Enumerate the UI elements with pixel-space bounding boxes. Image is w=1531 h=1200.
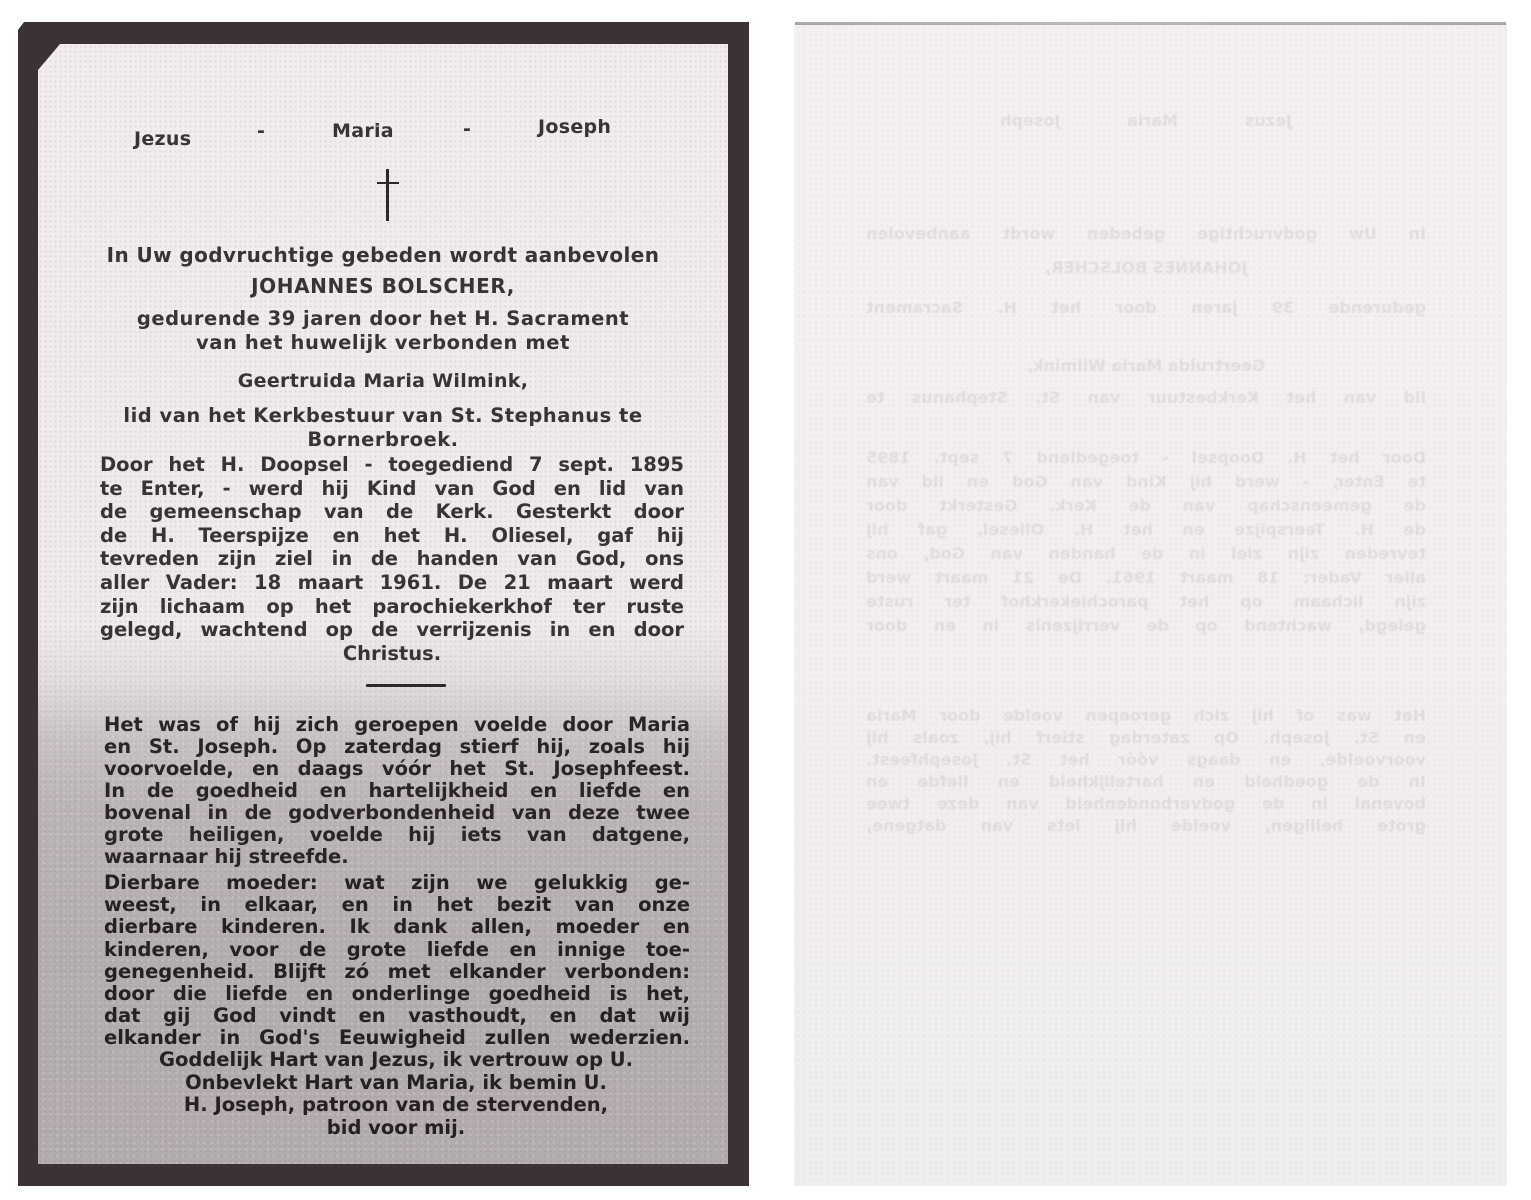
- biography-line: de H. Teerspijze en het H. Oliesel, gaf …: [100, 524, 684, 548]
- card-content: Jezus - Maria - Joseph In Uw godvruchtig…: [38, 44, 728, 1164]
- prayer-line: bid voor mij.: [98, 1117, 694, 1140]
- prayer-line: Onbevlekt Hart van Maria, ik bemin U.: [98, 1072, 694, 1095]
- marriage-line: gedurende 39 jaren door het H. Sacrament: [38, 307, 728, 330]
- role-line: Bornerbroek.: [38, 428, 728, 451]
- biography-line: gelegd, wachtend op de verrijzenis in en…: [100, 618, 684, 642]
- header-name-joseph: Joseph: [538, 116, 611, 138]
- cross-icon: [377, 169, 399, 221]
- ghost-line: bovenal in de godverbondenheid van deze …: [866, 793, 1426, 814]
- ghost-line: zijn lichaam op het parochiekerkhof ter …: [866, 591, 1426, 612]
- biography-paragraph: Door het H. Doopsel - toegediend 7 sept.…: [100, 453, 684, 665]
- reflection-line: en St. Joseph. Op zaterdag stierf hij, z…: [104, 736, 690, 758]
- biography-line: aller Vader: 18 maart 1961. De 21 maart …: [100, 571, 684, 595]
- ghost-line: Het was of hij zich geroepen voelde door…: [866, 705, 1426, 726]
- ghost-line: In de goedheid en hartelijkheid en liefd…: [866, 771, 1426, 792]
- ghost-line: gelegd, wachtend op de verrijzenis in en…: [866, 615, 1426, 636]
- ghost-line: lid van het Kerkbestuur van St. Stephanu…: [866, 387, 1426, 408]
- letter-line: dat gij God vindt en vasthoudt, en dat w…: [104, 1005, 690, 1027]
- ghost-line: Jezus Maria Joseph: [866, 110, 1426, 131]
- spouse-name: Geertruida Maria Wilmink,: [38, 370, 728, 392]
- letter-line: door die liefde en onderlinge goedheid i…: [104, 983, 690, 1005]
- letter-line: genegenheid. Blijft zó met elkander verb…: [104, 961, 690, 983]
- letter-line: elkander in God's Eeuwigheid zullen wede…: [104, 1027, 690, 1049]
- show-through-text: Jezus Maria Joseph In Uw godvruchtige ge…: [795, 25, 1506, 1185]
- reflection-line: voorvoelde, en daags vóór het St. Joseph…: [104, 758, 690, 780]
- ghost-line: JOHANNES BOLSCHER,: [866, 257, 1426, 278]
- reflection-line: In de goedheid en hartelijkheid en liefd…: [104, 780, 690, 802]
- memorial-card-back: Jezus Maria Joseph In Uw godvruchtige ge…: [795, 25, 1506, 1185]
- letter-line: Dierbare moeder: wat zijn we gelukkig ge…: [104, 872, 690, 894]
- letter-line: dierbare kinderen. Ik dank allen, moeder…: [104, 916, 690, 938]
- ghost-line: te Enter, - werd hij Kind van God en lid…: [866, 471, 1426, 492]
- reflection-line: bovenal in de godverbondenheid van deze …: [104, 802, 690, 824]
- biography-line: Door het H. Doopsel - toegediend 7 sept.…: [100, 453, 684, 477]
- marriage-line: van het huwelijk verbonden met: [38, 331, 728, 354]
- header-name-jezus: Jezus: [134, 128, 191, 150]
- farewell-letter: Dierbare moeder: wat zijn we gelukkig ge…: [104, 872, 690, 1050]
- section-divider: [366, 684, 446, 687]
- ghost-line: de gemeenschap van de Kerk. Gesterkt doo…: [866, 495, 1426, 516]
- biography-line: de gemeenschap van de Kerk. Gesterkt doo…: [100, 500, 684, 524]
- card-paper: Jezus - Maria - Joseph In Uw godvruchtig…: [38, 44, 728, 1164]
- ghost-line: Door het H. Doopsel - toegediend 7 sept.…: [866, 447, 1426, 468]
- letter-line: kinderen, voor de grote liefde en innige…: [104, 939, 690, 961]
- header-name-maria: Maria: [332, 120, 394, 142]
- closing-prayer: Goddelijk Hart van Jezus, ik vertrouw op…: [98, 1049, 694, 1139]
- ghost-line: en St. Joseph. Op zaterdag stierf hij, z…: [866, 727, 1426, 748]
- biography-line: te Enter, - werd hij Kind van God en lid…: [100, 477, 684, 501]
- deceased-name: JOHANNES BOLSCHER,: [38, 274, 728, 298]
- letter-line: weest, in elkaar, en in het bezit van on…: [104, 894, 690, 916]
- reflection-line: Het was of hij zich geroepen voelde door…: [104, 714, 690, 736]
- prayer-line: Goddelijk Hart van Jezus, ik vertrouw op…: [98, 1049, 694, 1072]
- header-separator: -: [463, 118, 471, 140]
- ghost-line: In Uw godvruchtige gebeden wordt aanbevo…: [866, 223, 1426, 244]
- reflection-line: waarnaar hij streefde.: [104, 846, 690, 868]
- reflection-paragraph: Het was of hij zich geroepen voelde door…: [104, 714, 690, 868]
- memorial-card-front: Jezus - Maria - Joseph In Uw godvruchtig…: [18, 22, 749, 1186]
- ghost-line: tevreden zijn ziel in de handen van God,…: [866, 543, 1426, 564]
- biography-line: tevreden zijn ziel in de handen van God,…: [100, 547, 684, 571]
- reflection-line: grote heiligen, voelde hij iets van datg…: [104, 824, 690, 846]
- ghost-line: aller Vader: 18 maart 1961. De 21 maart …: [866, 567, 1426, 588]
- header-separator: -: [257, 120, 265, 142]
- ghost-line: voorvoelde, en daags vóór het St. Joseph…: [866, 749, 1426, 770]
- ghost-line: grote heiligen, voelde hij iets van datg…: [866, 815, 1426, 836]
- intro-text: In Uw godvruchtige gebeden wordt aanbevo…: [38, 243, 728, 267]
- ghost-line: gedurende 39 jaren door het H. Sacrament: [866, 297, 1426, 318]
- ghost-line: de H. Teerspijze en het H. Oliesel, gaf …: [866, 519, 1426, 540]
- ghost-line: Geertruida Maria Wilmink,: [866, 355, 1426, 376]
- role-line: lid van het Kerkbestuur van St. Stephanu…: [38, 404, 728, 427]
- prayer-line: H. Joseph, patroon van de stervenden,: [98, 1094, 694, 1117]
- biography-line: zijn lichaam op het parochiekerkhof ter …: [100, 595, 684, 619]
- biography-line: Christus.: [100, 642, 684, 666]
